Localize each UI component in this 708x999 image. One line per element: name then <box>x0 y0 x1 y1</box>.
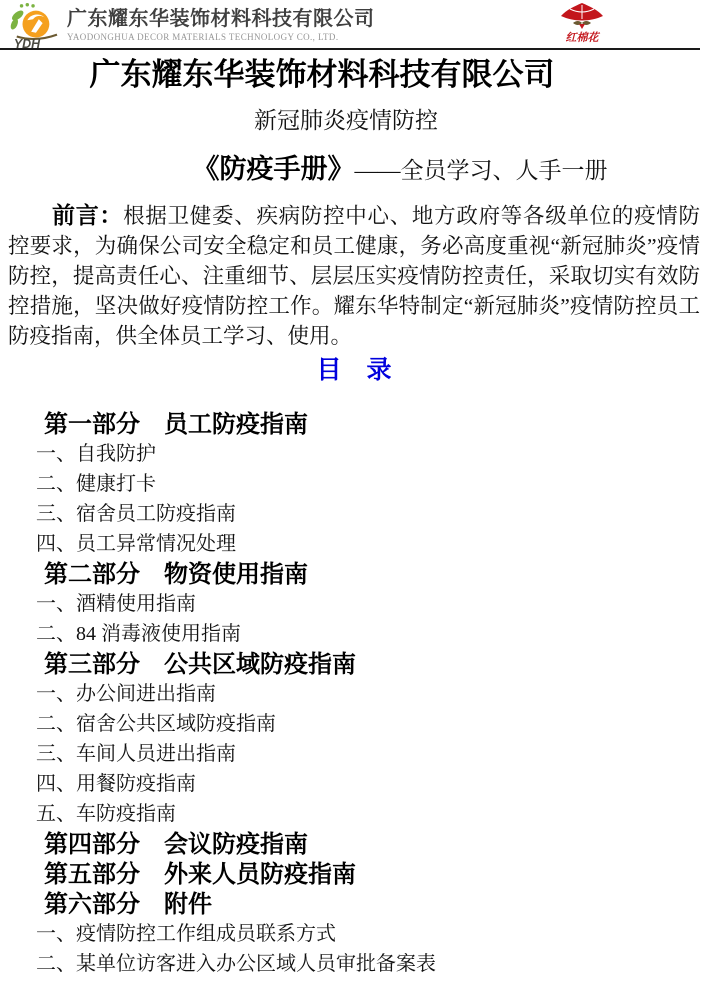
company-name-cn: 广东耀东华装饰材料科技有限公司 <box>67 7 375 31</box>
toc-item: 三、车间人员进出指南 <box>0 736 708 766</box>
kapok-flower-icon <box>556 2 608 32</box>
hongmianhua-logo: 红棉花 <box>553 2 611 44</box>
toc-item: 一、酒精使用指南 <box>0 586 708 616</box>
toc-item: 一、疫情防控工作组成员联系方式 <box>0 916 708 946</box>
letterhead-company-block: 广东耀东华装饰材料科技有限公司 YAODONGHUA DECOR MATERIA… <box>67 3 375 43</box>
toc-list: 第一部分 员工防疫指南一、自我防护二、健康打卡三、宿舍员工防疫指南四、员工异常情… <box>0 406 708 976</box>
toc-item: 二、某单位访客进入办公区域人员审批备案表 <box>0 946 708 976</box>
ydh-logo-abbr: YDH <box>14 37 41 49</box>
document-page: YDH 广东耀东华装饰材料科技有限公司 YAODONGHUA DECOR MAT… <box>0 0 708 999</box>
document-body: 广东耀东华装饰材料科技有限公司 新冠肺炎疫情防控 《防疫手册》——全员学习、人手… <box>0 58 708 976</box>
toc-item: 一、自我防护 <box>0 436 708 466</box>
letterhead: YDH 广东耀东华装饰材料科技有限公司 YAODONGHUA DECOR MAT… <box>0 0 708 48</box>
toc-part-heading: 第三部分 公共区域防疫指南 <box>0 646 708 676</box>
hongmianhua-logo-text: 红棉花 <box>553 32 611 44</box>
preface-label: 前言： <box>52 202 123 228</box>
page-title: 广东耀东华装饰材料科技有限公司 <box>0 58 676 92</box>
toc-item: 四、用餐防疫指南 <box>0 766 708 796</box>
toc-item: 二、84 消毒液使用指南 <box>0 616 708 646</box>
toc-title: 目 录 <box>0 354 708 386</box>
toc-part-heading: 第一部分 员工防疫指南 <box>0 406 708 436</box>
handbook-title: 《防疫手册》 <box>193 154 355 184</box>
toc-item: 四、员工异常情况处理 <box>0 526 708 556</box>
toc-item: 二、健康打卡 <box>0 466 708 496</box>
document-subtitle: 新冠肺炎疫情防控 <box>0 106 700 136</box>
preface-paragraph: 前言：根据卫健委、疾病防控中心、地方政府等各级单位的疫情防控要求，为确保公司安全… <box>8 200 700 351</box>
toc-part-heading: 第五部分 外来人员防疫指南 <box>0 856 708 886</box>
toc-part-heading: 第六部分 附件 <box>0 886 708 916</box>
toc-item: 五、车防疫指南 <box>0 796 708 826</box>
toc-item: 一、办公间进出指南 <box>0 676 708 706</box>
header-divider <box>0 48 700 50</box>
toc-item: 三、宿舍员工防疫指南 <box>0 496 708 526</box>
company-name-en: YAODONGHUA DECOR MATERIALS TECHNOLOGY CO… <box>67 31 375 43</box>
ydh-logo-icon: YDH <box>6 3 62 49</box>
toc-part-heading: 第四部分 会议防疫指南 <box>0 826 708 856</box>
handbook-title-suffix: ——全员学习、人手一册 <box>355 158 608 183</box>
handbook-title-line: 《防疫手册》——全员学习、人手一册 <box>46 151 708 192</box>
toc-item: 二、宿舍公共区域防疫指南 <box>0 706 708 736</box>
toc-part-heading: 第二部分 物资使用指南 <box>0 556 708 586</box>
